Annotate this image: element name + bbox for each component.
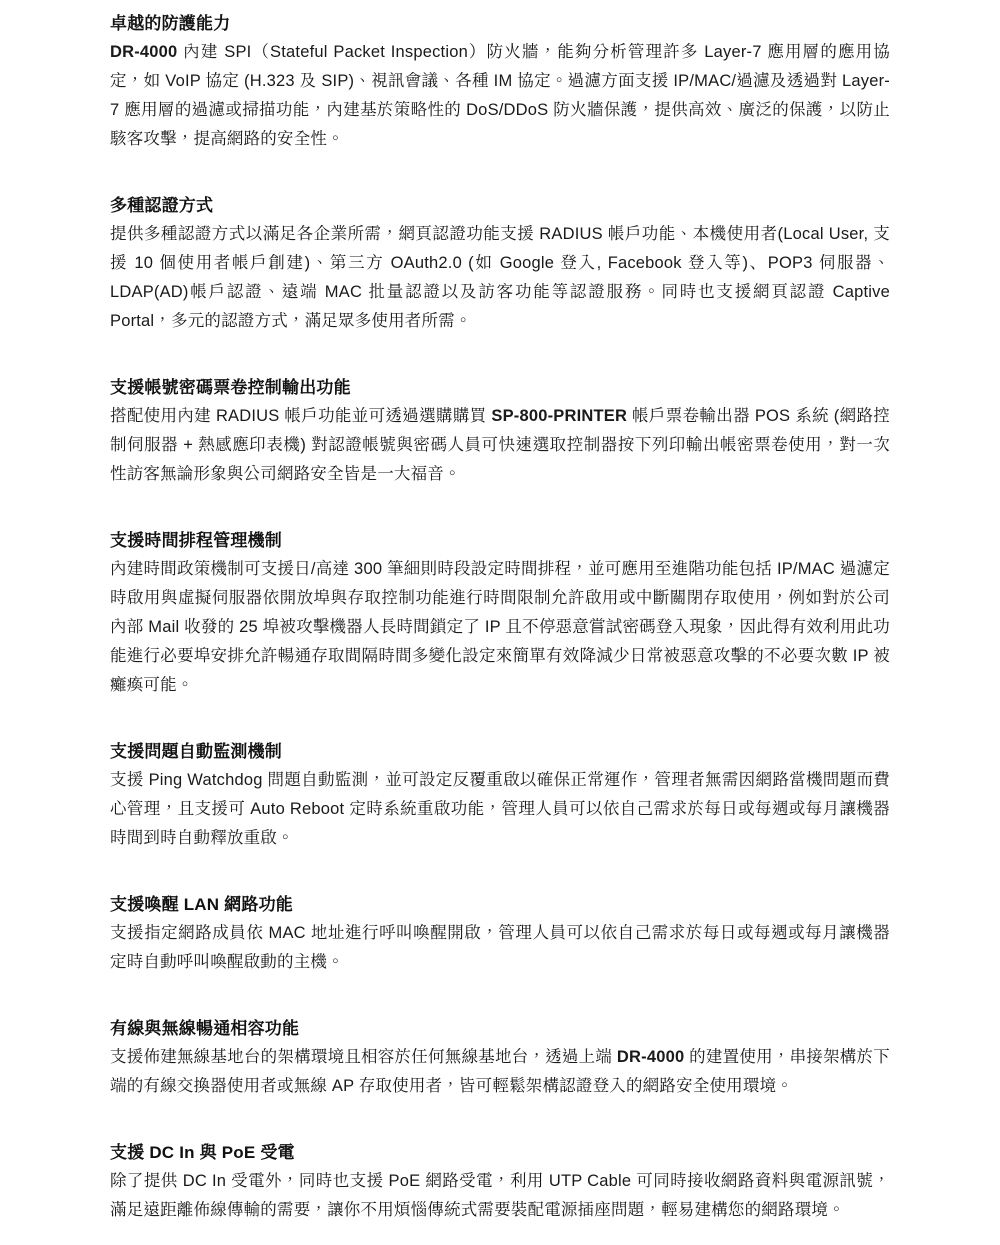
feature-section: 支援時間排程管理機制內建時間政策機制可支援日/高達 300 筆細則時段設定時間排… <box>110 527 890 700</box>
feature-section: 支援喚醒 LAN 網路功能支援指定網路成員依 MAC 地址進行呼叫喚醒開啟，管理… <box>110 891 890 977</box>
section-paragraph: 搭配使用內建 RADIUS 帳戶功能並可透過選購購買 SP-800-PRINTE… <box>110 402 890 489</box>
feature-section: 支援問題自動監測機制支援 Ping Watchdog 問題自動監測，並可設定反覆… <box>110 738 890 853</box>
body-text-run: 內建 SPI（Stateful Packet Inspection）防火牆，能夠… <box>110 43 890 148</box>
section-title: 多種認證方式 <box>110 192 890 220</box>
section-title: 支援 DC In 與 PoE 受電 <box>110 1139 890 1167</box>
section-paragraph: 內建時間政策機制可支援日/高達 300 筆細則時段設定時間排程，並可應用至進階功… <box>110 555 890 700</box>
section-paragraph: 提供多種認證方式以滿足各企業所需，網頁認證功能支援 RADIUS 帳戶功能、本機… <box>110 220 890 336</box>
body-text-run: 內建時間政策機制可支援日/高達 300 筆細則時段設定時間排程，並可應用至進階功… <box>110 560 890 694</box>
feature-section: 支援 DC In 與 PoE 受電除了提供 DC In 受電外，同時也支援 Po… <box>110 1139 890 1225</box>
section-paragraph: 支援指定網路成員依 MAC 地址進行呼叫喚醒開啟，管理人員可以依自己需求於每日或… <box>110 919 890 977</box>
section-title: 支援帳號密碼票卷控制輸出功能 <box>110 374 890 402</box>
model-name: DR-4000 <box>110 43 177 61</box>
product-feature-document: 卓越的防護能力DR-4000 內建 SPI（Stateful Packet In… <box>0 0 1000 1245</box>
feature-section: 卓越的防護能力DR-4000 內建 SPI（Stateful Packet In… <box>110 10 890 154</box>
section-paragraph: DR-4000 內建 SPI（Stateful Packet Inspectio… <box>110 38 890 154</box>
section-paragraph: 支援 Ping Watchdog 問題自動監測，並可設定反覆重啟以確保正常運作，… <box>110 766 890 853</box>
section-title: 有線與無線暢通相容功能 <box>110 1015 890 1043</box>
body-text-run: 支援 Ping Watchdog 問題自動監測，並可設定反覆重啟以確保正常運作，… <box>110 771 890 847</box>
body-text-run: 提供多種認證方式以滿足各企業所需，網頁認證功能支援 RADIUS 帳戶功能、本機… <box>110 225 890 330</box>
body-text-run: 除了提供 DC In 受電外，同時也支援 PoE 網路受電，利用 UTP Cab… <box>110 1172 890 1219</box>
body-text-run: 搭配使用內建 RADIUS 帳戶功能並可透過選購購買 <box>110 407 491 425</box>
section-title: 支援喚醒 LAN 網路功能 <box>110 891 890 919</box>
section-title: 支援問題自動監測機制 <box>110 738 890 766</box>
section-title: 卓越的防護能力 <box>110 10 890 38</box>
feature-section: 支援帳號密碼票卷控制輸出功能搭配使用內建 RADIUS 帳戶功能並可透過選購購買… <box>110 374 890 489</box>
model-name: DR-4000 <box>617 1048 684 1066</box>
body-text-run: 支援指定網路成員依 MAC 地址進行呼叫喚醒開啟，管理人員可以依自己需求於每日或… <box>110 924 890 971</box>
section-paragraph: 支援佈建無線基地台的架構環境且相容於任何無線基地台，透過上端 DR-4000 的… <box>110 1043 890 1101</box>
section-paragraph: 除了提供 DC In 受電外，同時也支援 PoE 網路受電，利用 UTP Cab… <box>110 1167 890 1225</box>
accessory-model-name: SP-800-PRINTER <box>491 407 627 425</box>
feature-section: 有線與無線暢通相容功能支援佈建無線基地台的架構環境且相容於任何無線基地台，透過上… <box>110 1015 890 1101</box>
body-text-run: 支援佈建無線基地台的架構環境且相容於任何無線基地台，透過上端 <box>110 1048 617 1066</box>
section-title: 支援時間排程管理機制 <box>110 527 890 555</box>
feature-section: 多種認證方式提供多種認證方式以滿足各企業所需，網頁認證功能支援 RADIUS 帳… <box>110 192 890 336</box>
